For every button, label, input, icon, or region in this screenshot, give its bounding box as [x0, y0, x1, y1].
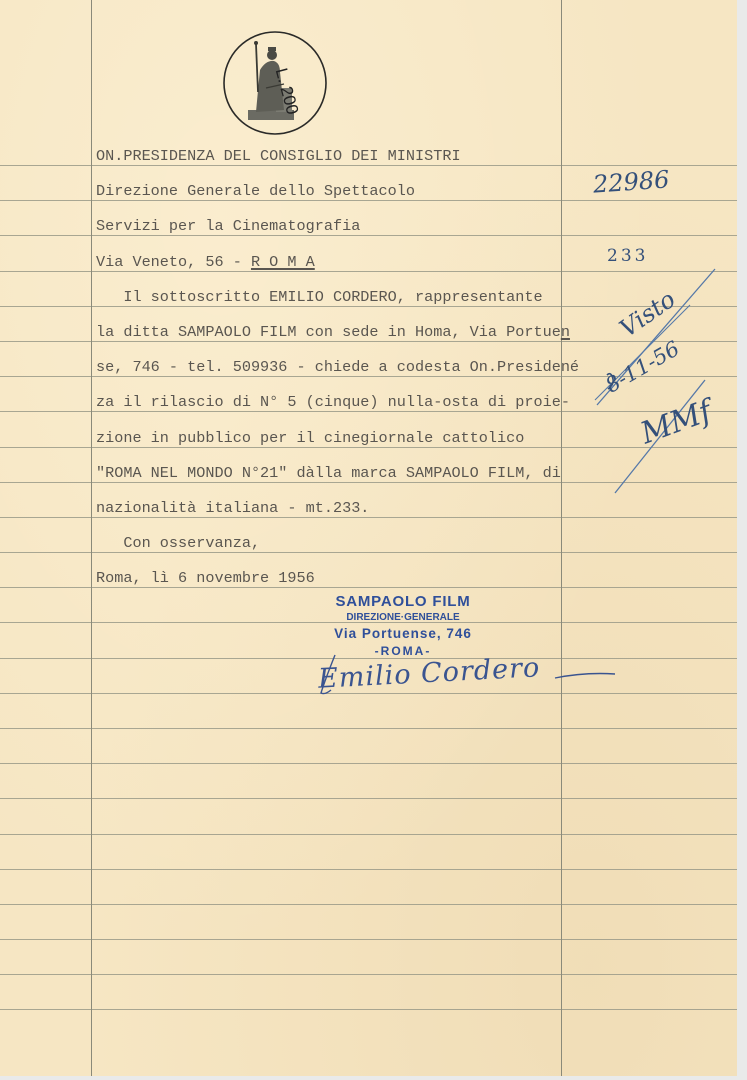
document-page: L. 200 22986 233 Visto 8-11-56 MMf ON.PR… [0, 0, 737, 1076]
closing: Con osservanza, [96, 535, 260, 551]
addressee-line-1: ON.PRESIDENZA DEL CONSIGLIO DEI MINISTRI [96, 148, 461, 164]
body-line-1: Il sottoscritto EMILIO CORDERO, rapprese… [96, 289, 543, 305]
body-line-7: nazionalità italiana - mt.233. [96, 500, 369, 516]
left-margin-line [91, 0, 92, 1076]
right-margin-line [561, 0, 562, 1076]
company-stamp: SAMPAOLO FILM DIREZIONE·GENERALE Via Por… [318, 593, 488, 658]
body-line-2: la ditta SAMPAOLO FILM con sede in Homa,… [96, 324, 570, 340]
body-line-5: zione in pubblico per il cinegiornale ca… [96, 430, 524, 446]
underlined-char: n [561, 323, 570, 341]
body-line-2-text: la ditta SAMPAOLO FILM con sede in Homa,… [96, 323, 561, 341]
address-city: R O M A [251, 253, 315, 271]
addressee-line-3: Servizi per la Cinematografia [96, 218, 360, 234]
meters-annotation: 233 [607, 246, 648, 266]
place-date: Roma, lì 6 novembre 1956 [96, 570, 315, 586]
stamp-company-name: SAMPAOLO FILM [318, 593, 488, 611]
protocol-number: 22986 [592, 165, 670, 198]
stamp-department: DIREZIONE·GENERALE [318, 611, 488, 624]
address-street: Via Veneto, 56 - [96, 253, 251, 271]
body-line-3: se, 746 - tel. 509936 - chiede a codesta… [96, 359, 579, 375]
addressee-address: Via Veneto, 56 - R O M A [96, 254, 315, 270]
signature-flourish [315, 650, 625, 700]
body-line-4: za il rilascio di N° 5 (cinque) nulla-os… [96, 394, 570, 410]
stamp-street: Via Portuense, 746 [318, 624, 488, 644]
addressee-line-2: Direzione Generale dello Spettacolo [96, 183, 415, 199]
body-line-6: "ROMA NEL MONDO N°21" dàlla marca SAMPAO… [96, 465, 561, 481]
